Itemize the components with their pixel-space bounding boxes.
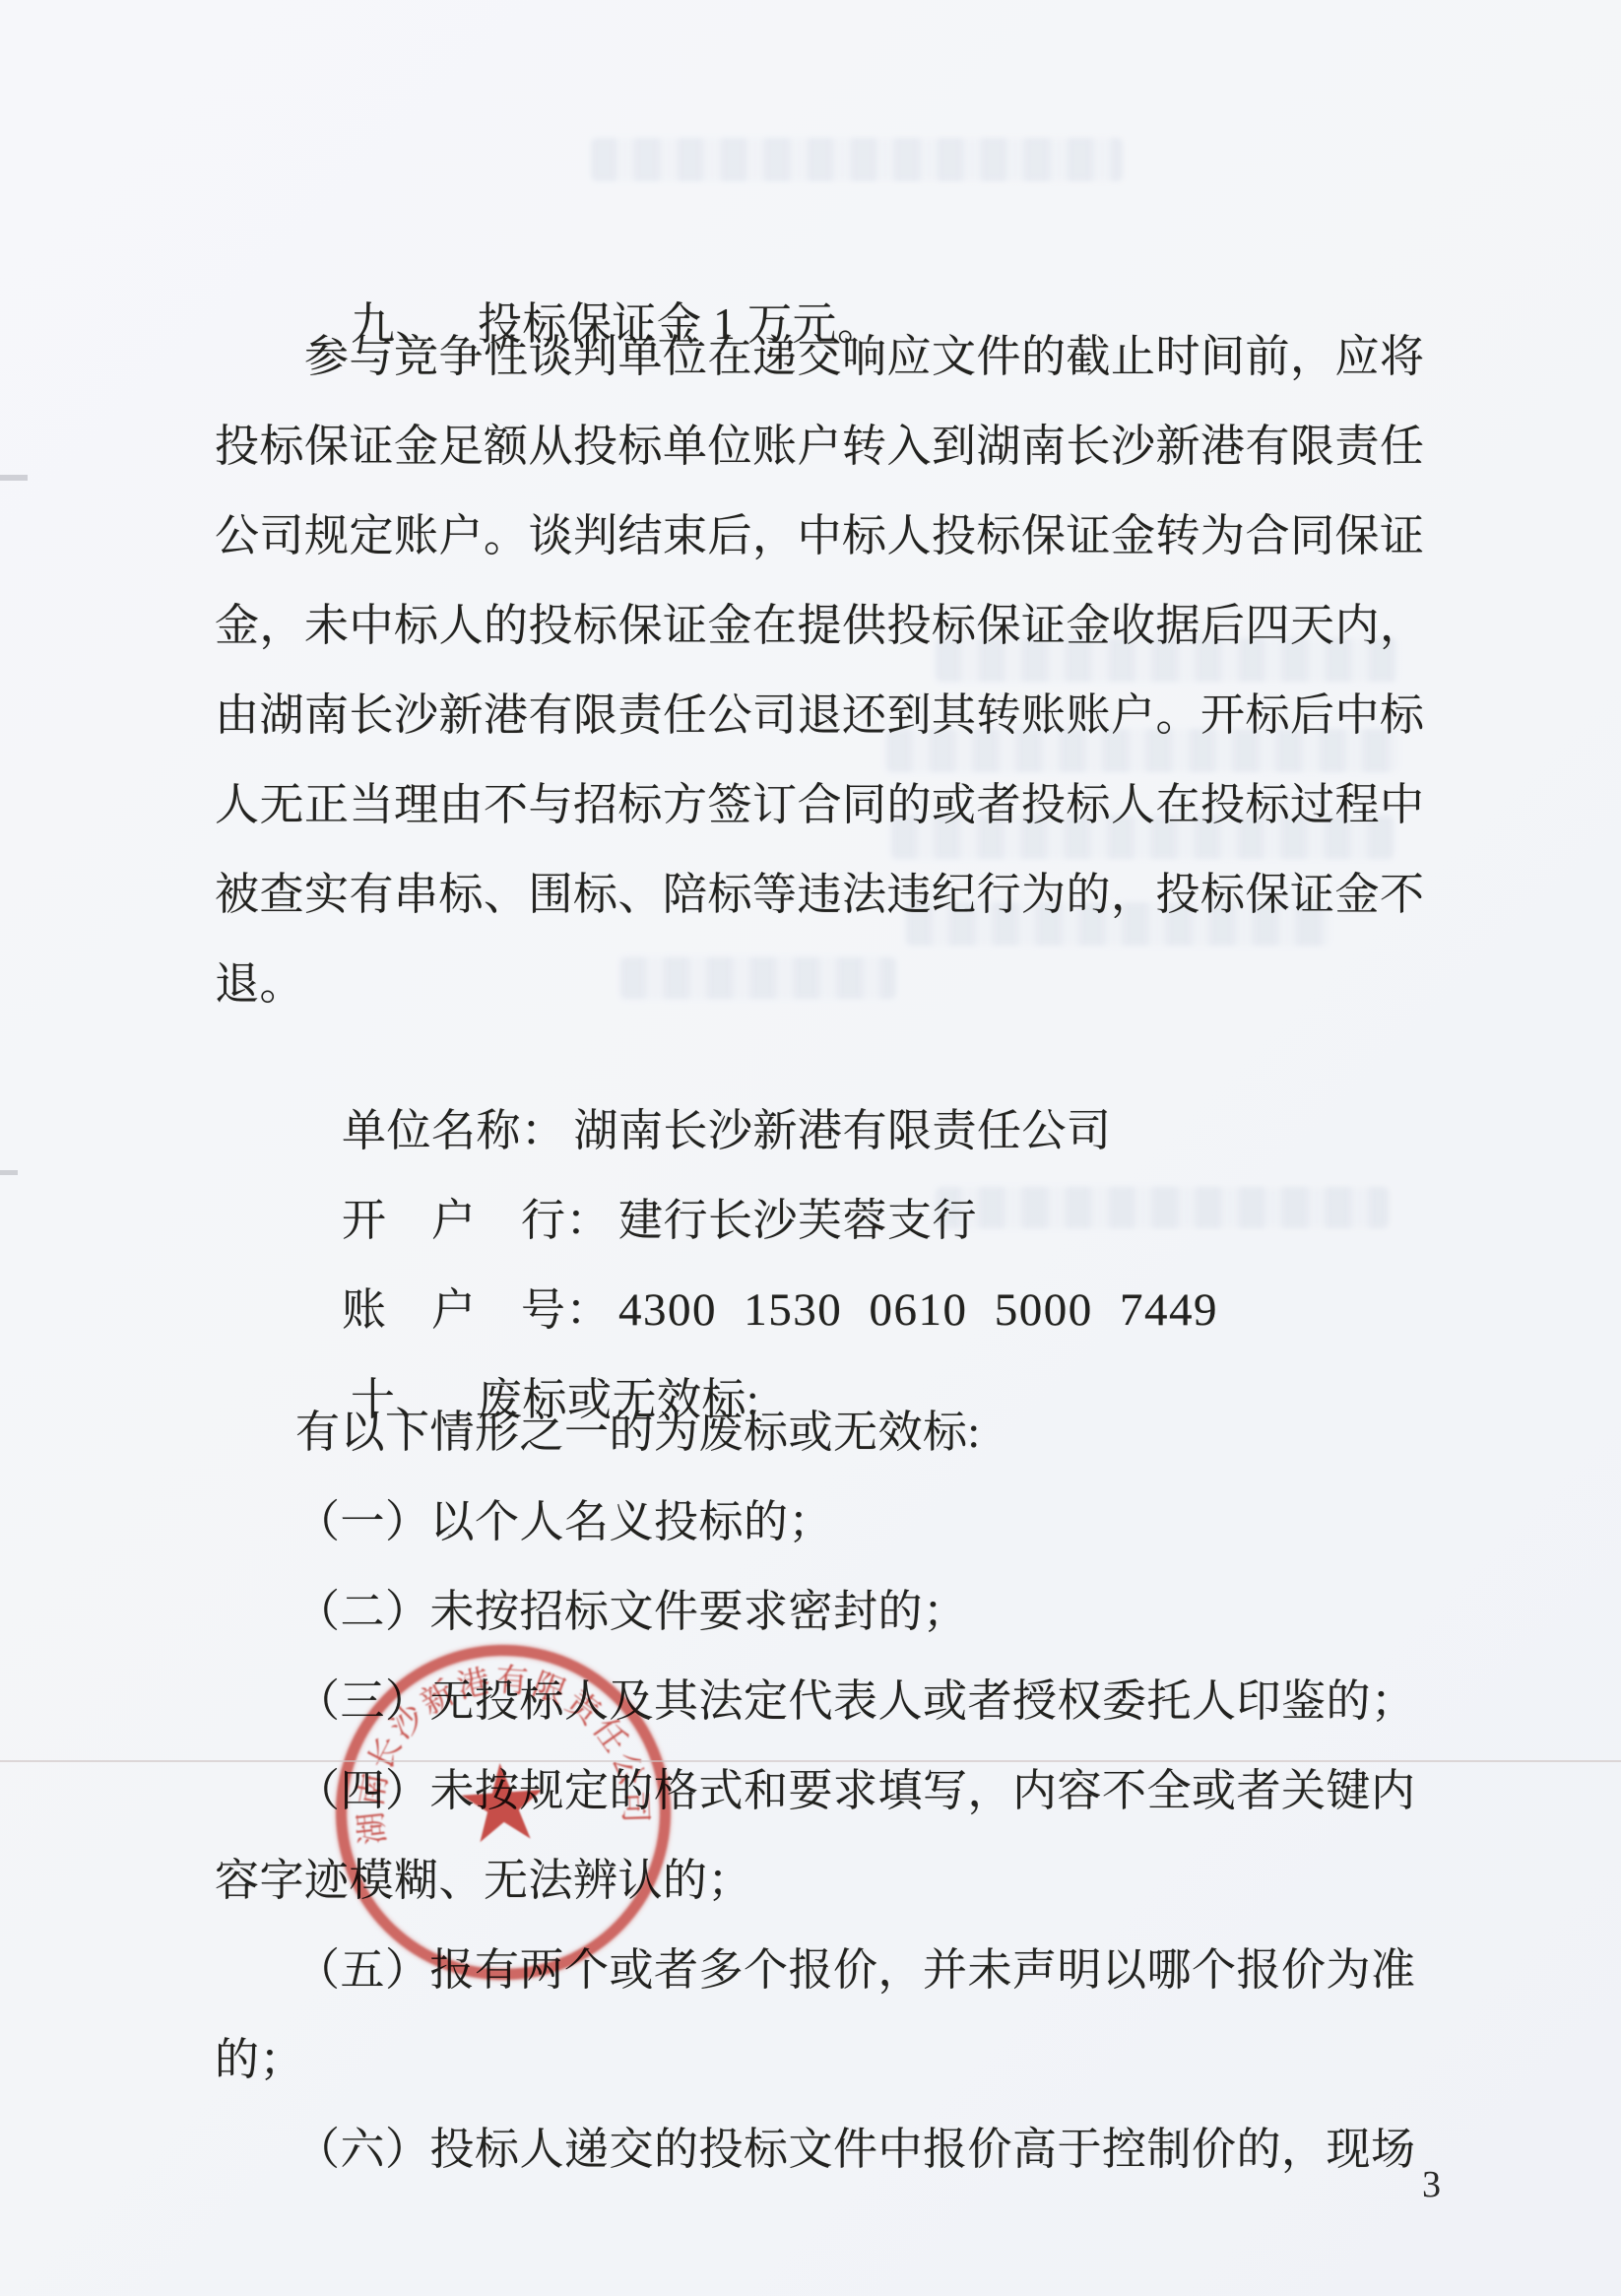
paragraph-line: 投标保证金足额从投标单位账户转入到湖南长沙新港有限责任 (215, 418, 1425, 475)
list-item-continuation: 的； (215, 2031, 304, 2088)
scan-edge-mark (0, 1170, 18, 1175)
paragraph-line: 公司规定账户。谈判结束后，中标人投标保证金转为合同保证 (215, 507, 1425, 564)
scan-artifact-line (0, 1760, 1621, 1762)
scan-edge-mark (0, 475, 28, 481)
company-seal: 湖南长沙新港有限责任公司 ★ (325, 1634, 682, 1992)
bleed-through-text (591, 138, 1123, 181)
list-item: （六）投标人递交的投标文件中报价高于控制价的，现场 (295, 2121, 1416, 2178)
paragraph-line: 参与竞争性谈判单位在递交响应文件的截止时间前，应将 (304, 328, 1425, 385)
paragraph-line: 金，未中标人的投标保证金在提供投标保证金收据后四天内， (215, 597, 1425, 654)
bleed-through-text (620, 957, 896, 999)
paragraph-line: 退。 (215, 955, 304, 1013)
page-number: 3 (1422, 2163, 1441, 2206)
list-item: （一）以个人名义投标的； (295, 1493, 833, 1550)
scanned-page: 九、投标保证金 1 万元。 参与竞争性谈判单位在递交响应文件的截止时间前，应将 … (0, 0, 1621, 2296)
paragraph-line: 人无正当理由不与招标方签订合同的或者投标人在投标过程中 (215, 776, 1425, 833)
paragraph-line: 由湖南长沙新港有限责任公司退还到其转账账户。开标后中标 (215, 687, 1425, 744)
paragraph-line: 被查实有串标、围标、陪标等违法违纪行为的，投标保证金不 (215, 866, 1425, 923)
section10-intro: 有以下情形之一的为废标或无效标: (295, 1404, 981, 1461)
list-item: （二）未按招标文件要求密封的； (295, 1583, 968, 1640)
